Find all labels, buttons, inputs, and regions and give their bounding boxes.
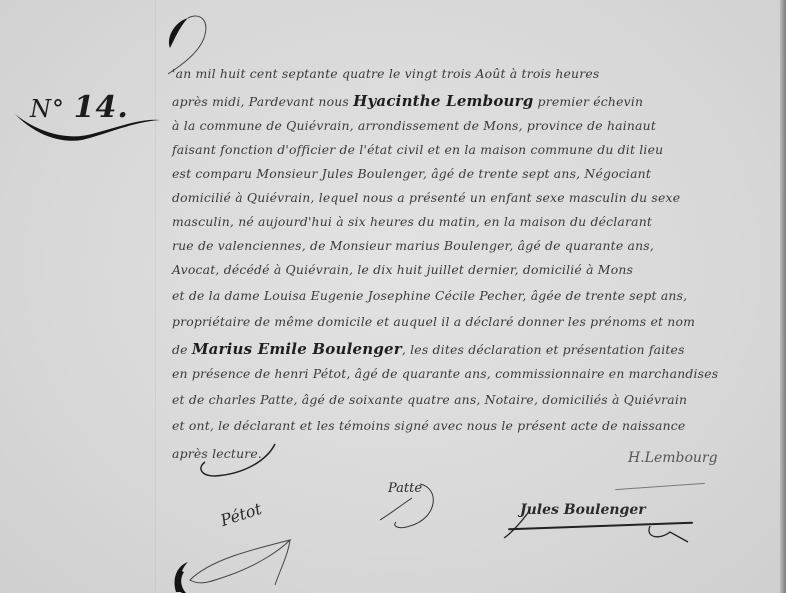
- text-line-2: après midi, Pardevant nous Hyacinthe Lem…: [172, 92, 643, 110]
- page-edge: [780, 0, 786, 593]
- text-line-12-end: , les dites déclaration et présentation …: [402, 342, 685, 357]
- text-line-6: domicilié à Quiévrain, lequel nous a pré…: [172, 190, 680, 205]
- text-line-3: à la commune de Quiévrain, arrondissemen…: [172, 118, 656, 133]
- register-page: N° 14. 'an mil huit cent septante quatre…: [0, 0, 786, 593]
- signature-officer-underline: [615, 483, 705, 490]
- text-line-10: et de la dame Louisa Eugenie Josephine C…: [172, 288, 687, 303]
- text-line-4: faisant fonction d'officier de l'état ci…: [172, 142, 663, 157]
- text-line-13: en présence de henri Pétot, âgé de quara…: [172, 366, 718, 381]
- child-name: Marius Emile Boulenger: [192, 340, 402, 358]
- text-line-14: et de charles Patte, âgé de soixante qua…: [172, 392, 687, 407]
- text-line-9: Avocat, décédé à Quiévrain, le dix huit …: [172, 262, 633, 277]
- text-line-8: rue de valenciennes, de Monsieur marius …: [172, 238, 654, 253]
- next-record-capital: [168, 560, 198, 593]
- text-line-12-start: de: [172, 342, 192, 357]
- text-line-11: propriétaire de même domicile et auquel …: [172, 314, 695, 329]
- closing-flourish: [195, 440, 285, 480]
- text-line-5: est comparu Monsieur Jules Boulenger, âg…: [172, 166, 651, 181]
- officer-name: Hyacinthe Lembourg: [353, 92, 533, 110]
- signature-declarant-paraph: [500, 508, 700, 548]
- page-fold-shadow: [155, 0, 156, 593]
- signature-patte-paraph: [370, 478, 450, 533]
- text-line-12: de Marius Emile Boulenger, les dites déc…: [172, 340, 685, 358]
- record-number-swash: [12, 108, 162, 148]
- text-line-7: masculin, né aujourd'hui à six heures du…: [172, 214, 652, 229]
- officer-title: premier échevin: [533, 94, 643, 109]
- text-line-1: 'an mil huit cent septante quatre le vin…: [172, 66, 599, 81]
- text-line-15: et ont, le déclarant et les témoins sign…: [172, 418, 685, 433]
- signature-officer: H.Lembourg: [628, 450, 718, 466]
- text-line-2-start: après midi, Pardevant nous: [172, 94, 353, 109]
